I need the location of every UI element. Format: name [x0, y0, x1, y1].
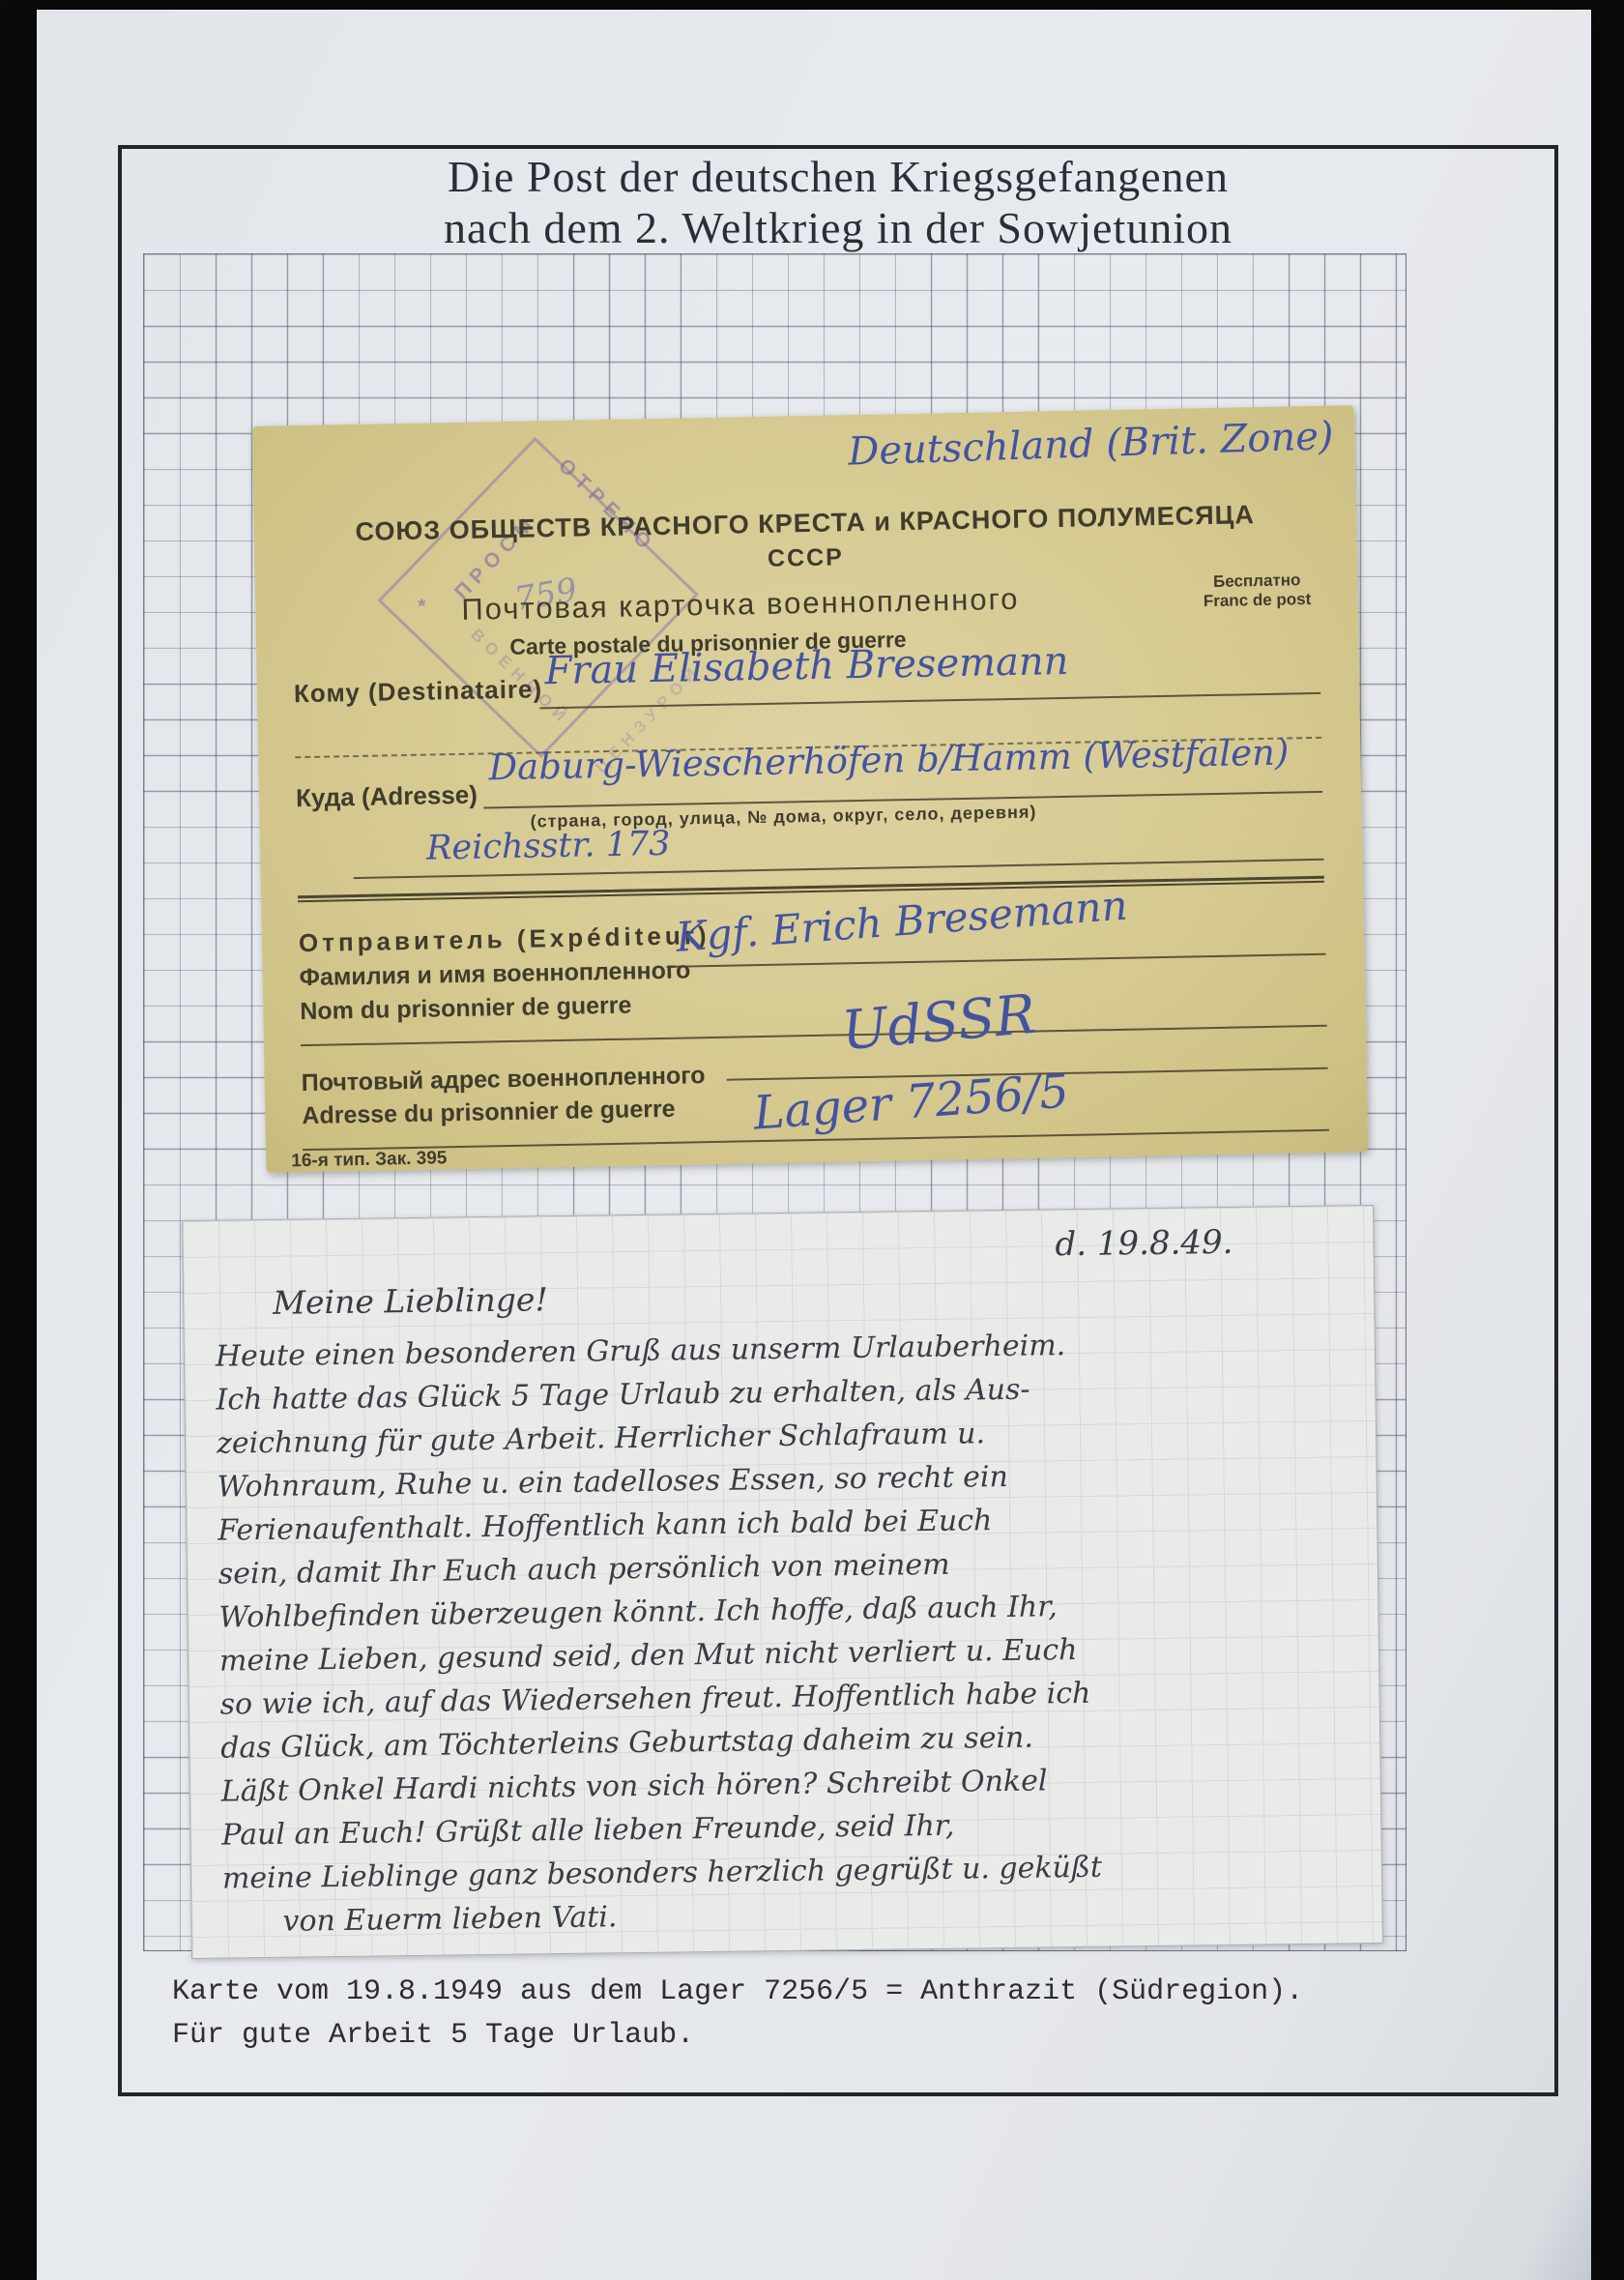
- page-title-line2: nach dem 2. Weltkrieg in der Sowjetunion: [118, 202, 1558, 253]
- letter-message-card: d. 19.8.49. Meine Lieblinge! Heute einen…: [182, 1205, 1383, 1959]
- rule-sender-line: [666, 953, 1325, 968]
- address-value2-handwritten: Reichsstr. 173: [426, 825, 671, 868]
- sender-label-ru2: Фамилия и имя военнопленного: [299, 956, 690, 992]
- sender-label-ru: Отправитель (Expéditeur): [299, 921, 710, 958]
- letter-date: d. 19.8.49.: [1055, 1223, 1232, 1264]
- rule-after-sender: [301, 1025, 1327, 1046]
- letter-salutation: Meine Lieblinge!: [273, 1280, 548, 1322]
- postal-label-fr: Adresse du prisonnier de guerre: [302, 1096, 676, 1130]
- to-value-handwritten: Frau Elisabeth Bresemann: [544, 639, 1069, 693]
- free-of-charge-fr: Franc de post: [1203, 590, 1312, 611]
- page-title-line1: Die Post der deutschen Kriegsgefangenen: [118, 151, 1558, 202]
- postal-value-camp-handwritten: Lager 7256/5: [752, 1064, 1071, 1140]
- postal-label-ru: Почтовый адрес военнопленного: [301, 1062, 705, 1097]
- address-label: Куда (Adresse): [296, 780, 478, 814]
- sender-label-fr: Nom du prisonnier de guerre: [300, 992, 632, 1027]
- address-value-handwritten: Daburg-Wiescherhöfen b/Hamm (Westfalen): [488, 731, 1290, 788]
- pow-postcard: ПРОСМ ОТРЕНО 759 ВОЕННОЙ ЦЕНЗУРОЙ * Deut…: [252, 405, 1369, 1173]
- printer-imprint: 16-я тип. Зак. 395: [291, 1148, 447, 1172]
- handwritten-country: Deutschland (Brit. Zone): [847, 414, 1334, 475]
- free-of-charge-note: Бесплатно Franc de post: [1203, 570, 1311, 611]
- caption-line1: Karte vom 19.8.1949 aus dem Lager 7256/5…: [172, 1971, 1545, 2014]
- free-of-charge-ru: Бесплатно: [1203, 570, 1311, 592]
- caption-line2: Für gute Arbeit 5 Tage Urlaub.: [172, 2014, 1545, 2058]
- to-label: Кому (Destinataire): [294, 674, 543, 709]
- album-page: Die Post der deutschen Kriegsgefangenen …: [37, 10, 1591, 2280]
- letter-body: Heute einen besonderen Gruß aus unserm U…: [216, 1320, 1371, 1944]
- rule-double-separator: [298, 876, 1324, 902]
- page-title: Die Post der deutschen Kriegsgefangenen …: [118, 151, 1558, 253]
- postal-value-country-handwritten: UdSSR: [839, 983, 1038, 1064]
- typewritten-caption: Karte vom 19.8.1949 aus dem Lager 7256/5…: [172, 1971, 1545, 2058]
